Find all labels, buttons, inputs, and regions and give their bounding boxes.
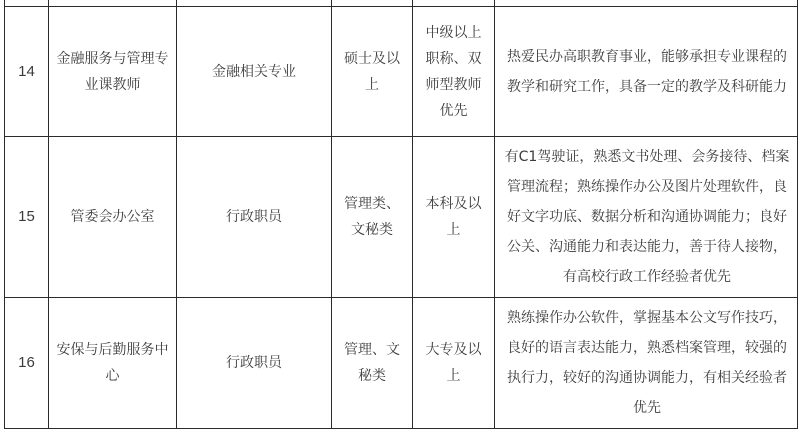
- table-row: 14 金融服务与管理专业课教师 金融相关专业 硕士及以上 中级以上职称、双师型教…: [5, 7, 798, 137]
- requirements-cell: 热爱民办高职教育事业，能够承担专业课程的教学和研究工作，具备一定的教学及科研能力: [495, 7, 798, 137]
- row-index: 14: [5, 7, 49, 137]
- education-cell: 本科及以上: [413, 137, 495, 298]
- job-requirements-table: 14 金融服务与管理专业课教师 金融相关专业 硕士及以上 中级以上职称、双师型教…: [4, 0, 798, 429]
- requirements-cell: 有C1驾驶证，熟悉文书处理、会务接待、档案管理流程；熟练操作办公及图片处理软件，…: [495, 137, 798, 298]
- department-cell: 金融服务与管理专业课教师: [49, 7, 177, 137]
- major-cell: 管理、文秘类: [332, 298, 413, 429]
- table-row: 16 安保与后勤服务中心 行政职员 管理、文秘类 大专及以上 熟练操作办公软件，…: [5, 298, 798, 429]
- table-row: 15 管委会办公室 行政职员 管理类、文秘类 本科及以上 有C1驾驶证，熟悉文书…: [5, 137, 798, 298]
- department-cell: 安保与后勤服务中心: [49, 298, 177, 429]
- position-cell: 行政职员: [177, 298, 332, 429]
- requirements-cell: 熟练操作办公软件，掌握基本公文写作技巧，良好的语言表达能力，熟悉档案管理，较强的…: [495, 298, 798, 429]
- major-cell: 硕士及以上: [332, 7, 413, 137]
- major-cell: 管理类、文秘类: [332, 137, 413, 298]
- row-index: 15: [5, 137, 49, 298]
- row-index: 16: [5, 298, 49, 429]
- department-cell: 管委会办公室: [49, 137, 177, 298]
- position-cell: 金融相关专业: [177, 7, 332, 137]
- education-cell: 大专及以上: [413, 298, 495, 429]
- education-cell: 中级以上职称、双师型教师优先: [413, 7, 495, 137]
- position-cell: 行政职员: [177, 137, 332, 298]
